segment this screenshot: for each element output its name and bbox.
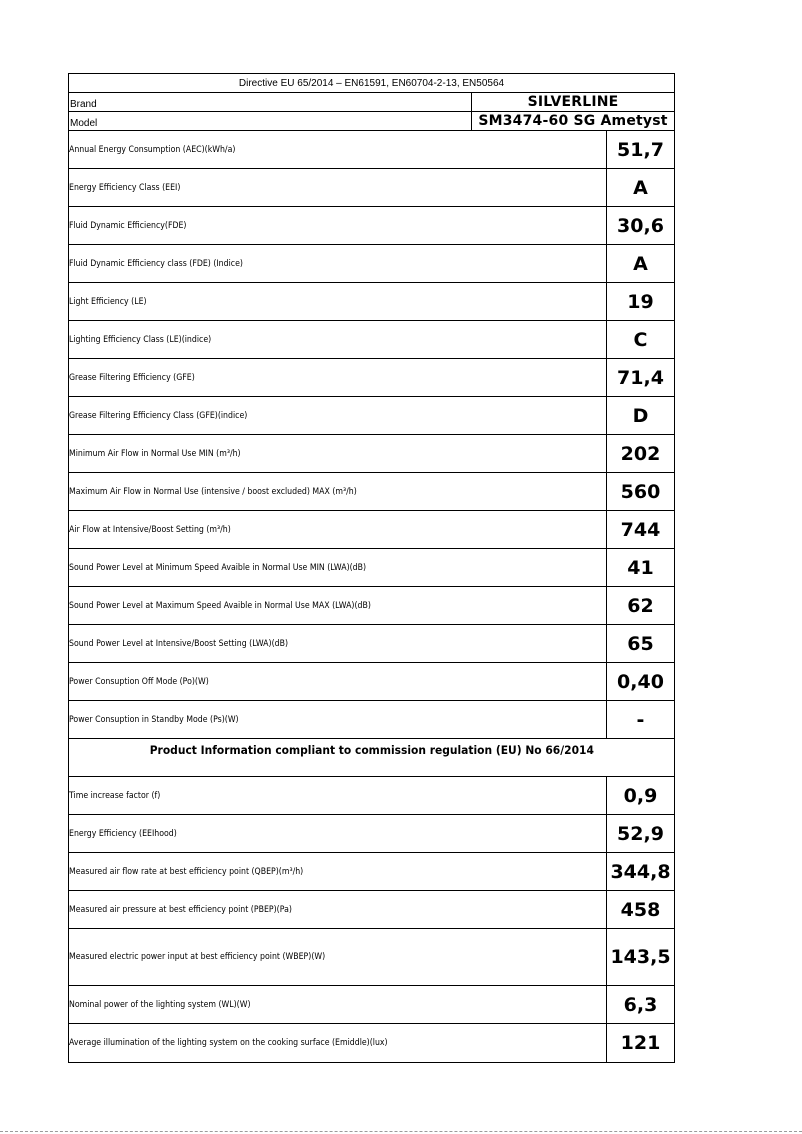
brand-label: Brand	[69, 93, 472, 111]
spec-row: Lighting Efficiency Class (LE)(indice)C	[69, 321, 674, 359]
spec-row: Annual Energy Consumption (AEC)(kWh/a)51…	[69, 131, 674, 169]
spec-row: Fluid Dynamic Efficiency class (FDE) (In…	[69, 245, 674, 283]
spec-value: 0,9	[607, 785, 674, 807]
spec-value: 51,7	[607, 139, 674, 161]
spec-row: Nominal power of the lighting system (WL…	[69, 986, 674, 1024]
spec-label: Measured air flow rate at best efficienc…	[69, 853, 607, 890]
spec-value: A	[607, 177, 674, 199]
spec-label: Fluid Dynamic Efficiency(FDE)	[69, 207, 607, 244]
spec-label: Sound Power Level at Minimum Speed Avaib…	[69, 549, 607, 586]
spec-value: 52,9	[607, 823, 674, 845]
spec-value: C	[607, 329, 674, 351]
model-label: Model	[69, 112, 472, 130]
spec-label: Sound Power Level at Maximum Speed Avaib…	[69, 587, 607, 624]
spec-label-text: Light Efficiency (LE)	[69, 297, 147, 307]
spec-row: Fluid Dynamic Efficiency(FDE)30,6	[69, 207, 674, 245]
spec-row: Measured electric power input at best ef…	[69, 929, 674, 986]
spec-label-text: Lighting Efficiency Class (LE)(indice)	[69, 335, 211, 345]
spec-value: 6,3	[607, 994, 674, 1016]
spec-label-text: Sound Power Level at Minimum Speed Avaib…	[69, 563, 366, 573]
spec-row: Grease Filtering Efficiency (GFE)71,4	[69, 359, 674, 397]
page-edge-divider	[0, 1131, 802, 1132]
spec-value: 65	[607, 633, 674, 655]
spec-label: Light Efficiency (LE)	[69, 283, 607, 320]
spec-label: Power Consuption in Standby Mode (Ps)(W)	[69, 701, 607, 738]
spec-label-text: Measured air flow rate at best efficienc…	[69, 867, 303, 877]
spec-label: Fluid Dynamic Efficiency class (FDE) (In…	[69, 245, 607, 282]
section-title: Product Information compliant to commiss…	[149, 743, 593, 757]
spec-label: Measured electric power input at best ef…	[69, 929, 607, 985]
spec-label-text: Fluid Dynamic Efficiency(FDE)	[69, 221, 186, 231]
model-value: SM3474-60 SG Ametyst	[472, 113, 674, 129]
spec-row: Sound Power Level at Maximum Speed Avaib…	[69, 587, 674, 625]
product-fiche-table: Directive EU 65/2014 – EN61591, EN60704-…	[68, 73, 675, 1063]
spec-label: Maximum Air Flow in Normal Use (intensiv…	[69, 473, 607, 510]
model-row: Model SM3474-60 SG Ametyst	[69, 112, 674, 131]
spec-value: 344,8	[607, 861, 674, 883]
spec-label-text: Maximum Air Flow in Normal Use (intensiv…	[69, 487, 357, 497]
spec-label-text: Sound Power Level at Intensive/Boost Set…	[69, 639, 288, 649]
spec-row: Sound Power Level at Intensive/Boost Set…	[69, 625, 674, 663]
spec-label-text: Power Consuption Off Mode (Po)(W)	[69, 677, 209, 687]
spec-label: Power Consuption Off Mode (Po)(W)	[69, 663, 607, 700]
spec-row: Grease Filtering Efficiency Class (GFE)(…	[69, 397, 674, 435]
spec-label-text: Air Flow at Intensive/Boost Setting (m³/…	[69, 525, 231, 535]
spec-value: 458	[607, 899, 674, 921]
directive-text: Directive EU 65/2014 – EN61591, EN60704-…	[239, 78, 504, 89]
spec-label-text: Energy Efficiency (EEIhood)	[69, 829, 177, 839]
spec-label-text: Grease Filtering Efficiency (GFE)	[69, 373, 195, 383]
spec-label: Energy Efficiency Class (EEI)	[69, 169, 607, 206]
spec-label: Sound Power Level at Intensive/Boost Set…	[69, 625, 607, 662]
brand-value: SILVERLINE	[472, 94, 674, 110]
spec-label: Minimum Air Flow in Normal Use MIN (m³/h…	[69, 435, 607, 472]
spec-row: Energy Efficiency Class (EEI)A	[69, 169, 674, 207]
spec-label-text: Fluid Dynamic Efficiency class (FDE) (In…	[69, 259, 243, 269]
spec-row: Maximum Air Flow in Normal Use (intensiv…	[69, 473, 674, 511]
spec-label-text: Minimum Air Flow in Normal Use MIN (m³/h…	[69, 449, 241, 459]
spec-row: Energy Efficiency (EEIhood)52,9	[69, 815, 674, 853]
spec-label: Measured air pressure at best efficiency…	[69, 891, 607, 928]
spec-value: 744	[607, 519, 674, 541]
spec-value: 19	[607, 291, 674, 313]
brand-row: Brand SILVERLINE	[69, 93, 674, 112]
spec-row: Average illumination of the lighting sys…	[69, 1024, 674, 1062]
spec-value: 202	[607, 443, 674, 465]
spec-label-text: Measured air pressure at best efficiency…	[69, 905, 292, 915]
spec-label-text: Sound Power Level at Maximum Speed Avaib…	[69, 601, 371, 611]
spec-label-text: Grease Filtering Efficiency Class (GFE)(…	[69, 411, 247, 421]
spec-label: Average illumination of the lighting sys…	[69, 1024, 607, 1062]
spec-label: Annual Energy Consumption (AEC)(kWh/a)	[69, 131, 607, 168]
spec-label: Nominal power of the lighting system (WL…	[69, 986, 607, 1023]
spec-label: Time increase factor (f)	[69, 777, 607, 814]
spec-row: Power Consuption in Standby Mode (Ps)(W)…	[69, 701, 674, 739]
spec-label: Lighting Efficiency Class (LE)(indice)	[69, 321, 607, 358]
spec-label: Air Flow at Intensive/Boost Setting (m³/…	[69, 511, 607, 548]
spec-row: Measured air pressure at best efficiency…	[69, 891, 674, 929]
spec-value: -	[607, 709, 674, 731]
spec-value: 560	[607, 481, 674, 503]
spec-label-text: Time increase factor (f)	[69, 791, 160, 801]
spec-value: 41	[607, 557, 674, 579]
spec-row: Light Efficiency (LE)19	[69, 283, 674, 321]
spec-row: Power Consuption Off Mode (Po)(W)0,40	[69, 663, 674, 701]
spec-row: Minimum Air Flow in Normal Use MIN (m³/h…	[69, 435, 674, 473]
section-title-row: Product Information compliant to commiss…	[69, 739, 674, 777]
spec-value: 30,6	[607, 215, 674, 237]
spec-value: D	[607, 405, 674, 427]
spec-label: Grease Filtering Efficiency (GFE)	[69, 359, 607, 396]
spec-row: Sound Power Level at Minimum Speed Avaib…	[69, 549, 674, 587]
spec-label-text: Power Consuption in Standby Mode (Ps)(W)	[69, 715, 239, 725]
spec-value: 143,5	[607, 946, 674, 968]
spec-label-text: Annual Energy Consumption (AEC)(kWh/a)	[69, 145, 235, 155]
spec-value: 0,40	[607, 671, 674, 693]
spec-label-text: Average illumination of the lighting sys…	[69, 1038, 388, 1048]
spec-label-text: Measured electric power input at best ef…	[69, 952, 325, 962]
spec-value: 121	[607, 1032, 674, 1054]
spec-row: Measured air flow rate at best efficienc…	[69, 853, 674, 891]
directive-row: Directive EU 65/2014 – EN61591, EN60704-…	[69, 74, 674, 93]
spec-label-text: Energy Efficiency Class (EEI)	[69, 183, 180, 193]
spec-row: Air Flow at Intensive/Boost Setting (m³/…	[69, 511, 674, 549]
spec-label: Energy Efficiency (EEIhood)	[69, 815, 607, 852]
spec-value: 62	[607, 595, 674, 617]
spec-label: Grease Filtering Efficiency Class (GFE)(…	[69, 397, 607, 434]
spec-row: Time increase factor (f)0,9	[69, 777, 674, 815]
spec-label-text: Nominal power of the lighting system (WL…	[69, 1000, 251, 1010]
spec-value: A	[607, 253, 674, 275]
spec-value: 71,4	[607, 367, 674, 389]
